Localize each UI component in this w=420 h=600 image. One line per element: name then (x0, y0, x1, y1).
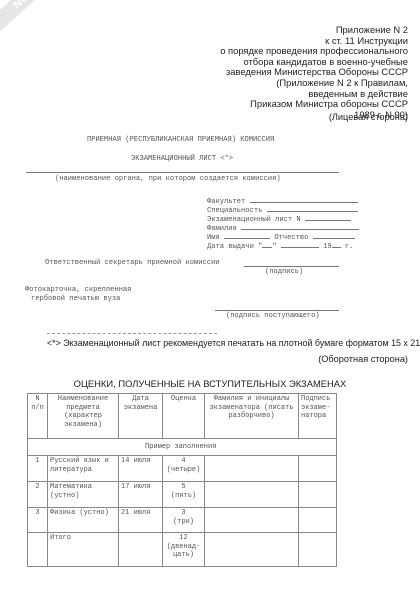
table-row: 2 Математика (устно) 17 июля 5(пять) (28, 482, 337, 508)
org-name-line[interactable] (26, 172, 339, 173)
row-examiner[interactable] (205, 482, 299, 508)
row-examiner[interactable] (205, 508, 299, 533)
patronymic-input[interactable] (313, 232, 355, 239)
row-num: 2 (28, 482, 48, 508)
row-date: 17 июля (119, 482, 163, 508)
surname-input[interactable] (241, 223, 359, 230)
issue-date-label: Дата выдачи " (207, 243, 262, 251)
header-date: Дата экзамена (119, 394, 163, 439)
header-subject: Наименование предмета (характер экзамена… (48, 394, 119, 439)
total-row: Итого 12(двенад- цать) (28, 533, 337, 567)
table-row: 1 Русский язык и литература 14 июля 4(че… (28, 456, 337, 482)
row-grade-value: 5 (165, 483, 202, 492)
row-signature[interactable] (299, 482, 337, 508)
issue-month-input[interactable] (281, 241, 319, 248)
header-signature: Подпись экзаме- натора (299, 394, 337, 439)
grades-title: ОЦЕНКИ, ПОЛУЧЕННЫЕ НА ВСТУПИТЕЛЬНЫХ ЭКЗА… (0, 378, 420, 389)
example-label: Пример заполнения (28, 439, 337, 456)
faculty-input[interactable] (250, 196, 358, 203)
total-grade: 12(двенад- цать) (163, 533, 205, 567)
row-subject: Физика (устно) (48, 508, 119, 533)
issue-date-field: Дата выдачи "" 19 г. (207, 241, 353, 251)
name-input[interactable] (224, 232, 270, 239)
sheet-number-input[interactable] (305, 214, 351, 221)
row-grade-words: (четыре) (165, 466, 202, 475)
row-subject: Русский язык и литература (48, 456, 119, 482)
photo-caption-line1: Фотокарточка, скрепленная (25, 286, 131, 294)
org-caption: (наименование органа, при котором создае… (55, 175, 281, 183)
applicant-signature-line[interactable] (215, 310, 339, 311)
photo-caption-line2: гербовой печатью вуза (31, 295, 120, 303)
table-row: 3 Физика (устно) 21 июля 3(три) (28, 508, 337, 533)
row-signature[interactable] (299, 456, 337, 482)
total-grade-words: (двенад- цать) (165, 543, 202, 560)
issue-date-quote: " (272, 243, 276, 251)
issue-year-label: 19 (323, 243, 332, 251)
table-header-row: N п/п Наименование предмета (характер эк… (28, 394, 337, 439)
appendix-header: Приложение N 2 к ст. 11 Инструкции о пор… (220, 25, 408, 120)
issue-day-input[interactable] (262, 241, 272, 248)
row-grade-value: 4 (165, 457, 202, 466)
row-grade: 3(три) (163, 508, 205, 533)
header-grade: Оценка (163, 394, 205, 439)
footnote-separator (47, 333, 217, 334)
row-grade-words: (пять) (165, 492, 202, 501)
secretary-signature-line[interactable] (244, 266, 339, 267)
row-subject: Математика (устно) (48, 482, 119, 508)
row-num: 3 (28, 508, 48, 533)
front-side-label: (Лицевая сторона) (329, 112, 408, 122)
header-examiner: Фамилия и инициалы экзаменатора (писать … (205, 394, 299, 439)
grades-table: N п/п Наименование предмета (характер эк… (27, 393, 337, 567)
issue-year-suffix: г. (345, 243, 354, 251)
row-signature[interactable] (299, 508, 337, 533)
secretary-label: Ответственный секретарь приемной комисси… (45, 259, 220, 267)
example-row: Пример заполнения (28, 439, 337, 456)
header-num: N п/п (28, 394, 48, 439)
row-num: 1 (28, 456, 48, 482)
footnote: <*> Экзаменационный лист рекомендуется п… (47, 338, 420, 348)
row-grade: 5(пять) (163, 482, 205, 508)
row-grade-value: 3 (165, 509, 202, 518)
commission-title: ПРИЕМНАЯ (РЕСПУБЛИКАНСКАЯ ПРИЕМНАЯ) КОМИ… (87, 136, 274, 144)
appendix-line: (Приложение N 2 к Правилам, (220, 78, 408, 89)
total-date (119, 533, 163, 567)
row-examiner[interactable] (205, 456, 299, 482)
back-side-label: (Оборотная сторона) (318, 354, 408, 364)
row-grade-words: (три) (165, 518, 202, 527)
sheet-title: ЭКЗАМЕНАЦИОННЫЙ ЛИСТ <*> (131, 155, 233, 163)
secretary-signature-caption: (подпись) (265, 268, 303, 276)
issue-year-input[interactable] (332, 241, 341, 248)
applicant-signature-caption: (подпись поступающего) (226, 312, 320, 320)
total-examiner[interactable] (205, 533, 299, 567)
row-grade: 4(четыре) (163, 456, 205, 482)
total-num (28, 533, 48, 567)
specialty-input[interactable] (267, 205, 358, 212)
total-grade-value: 12 (165, 534, 202, 543)
appendix-line: Приложение N 2 (220, 25, 408, 36)
total-signature[interactable] (299, 533, 337, 567)
watermark: NoNumber.ru (0, 0, 104, 38)
total-label: Итого (48, 533, 119, 567)
row-date: 21 июля (119, 508, 163, 533)
row-date: 14 июля (119, 456, 163, 482)
